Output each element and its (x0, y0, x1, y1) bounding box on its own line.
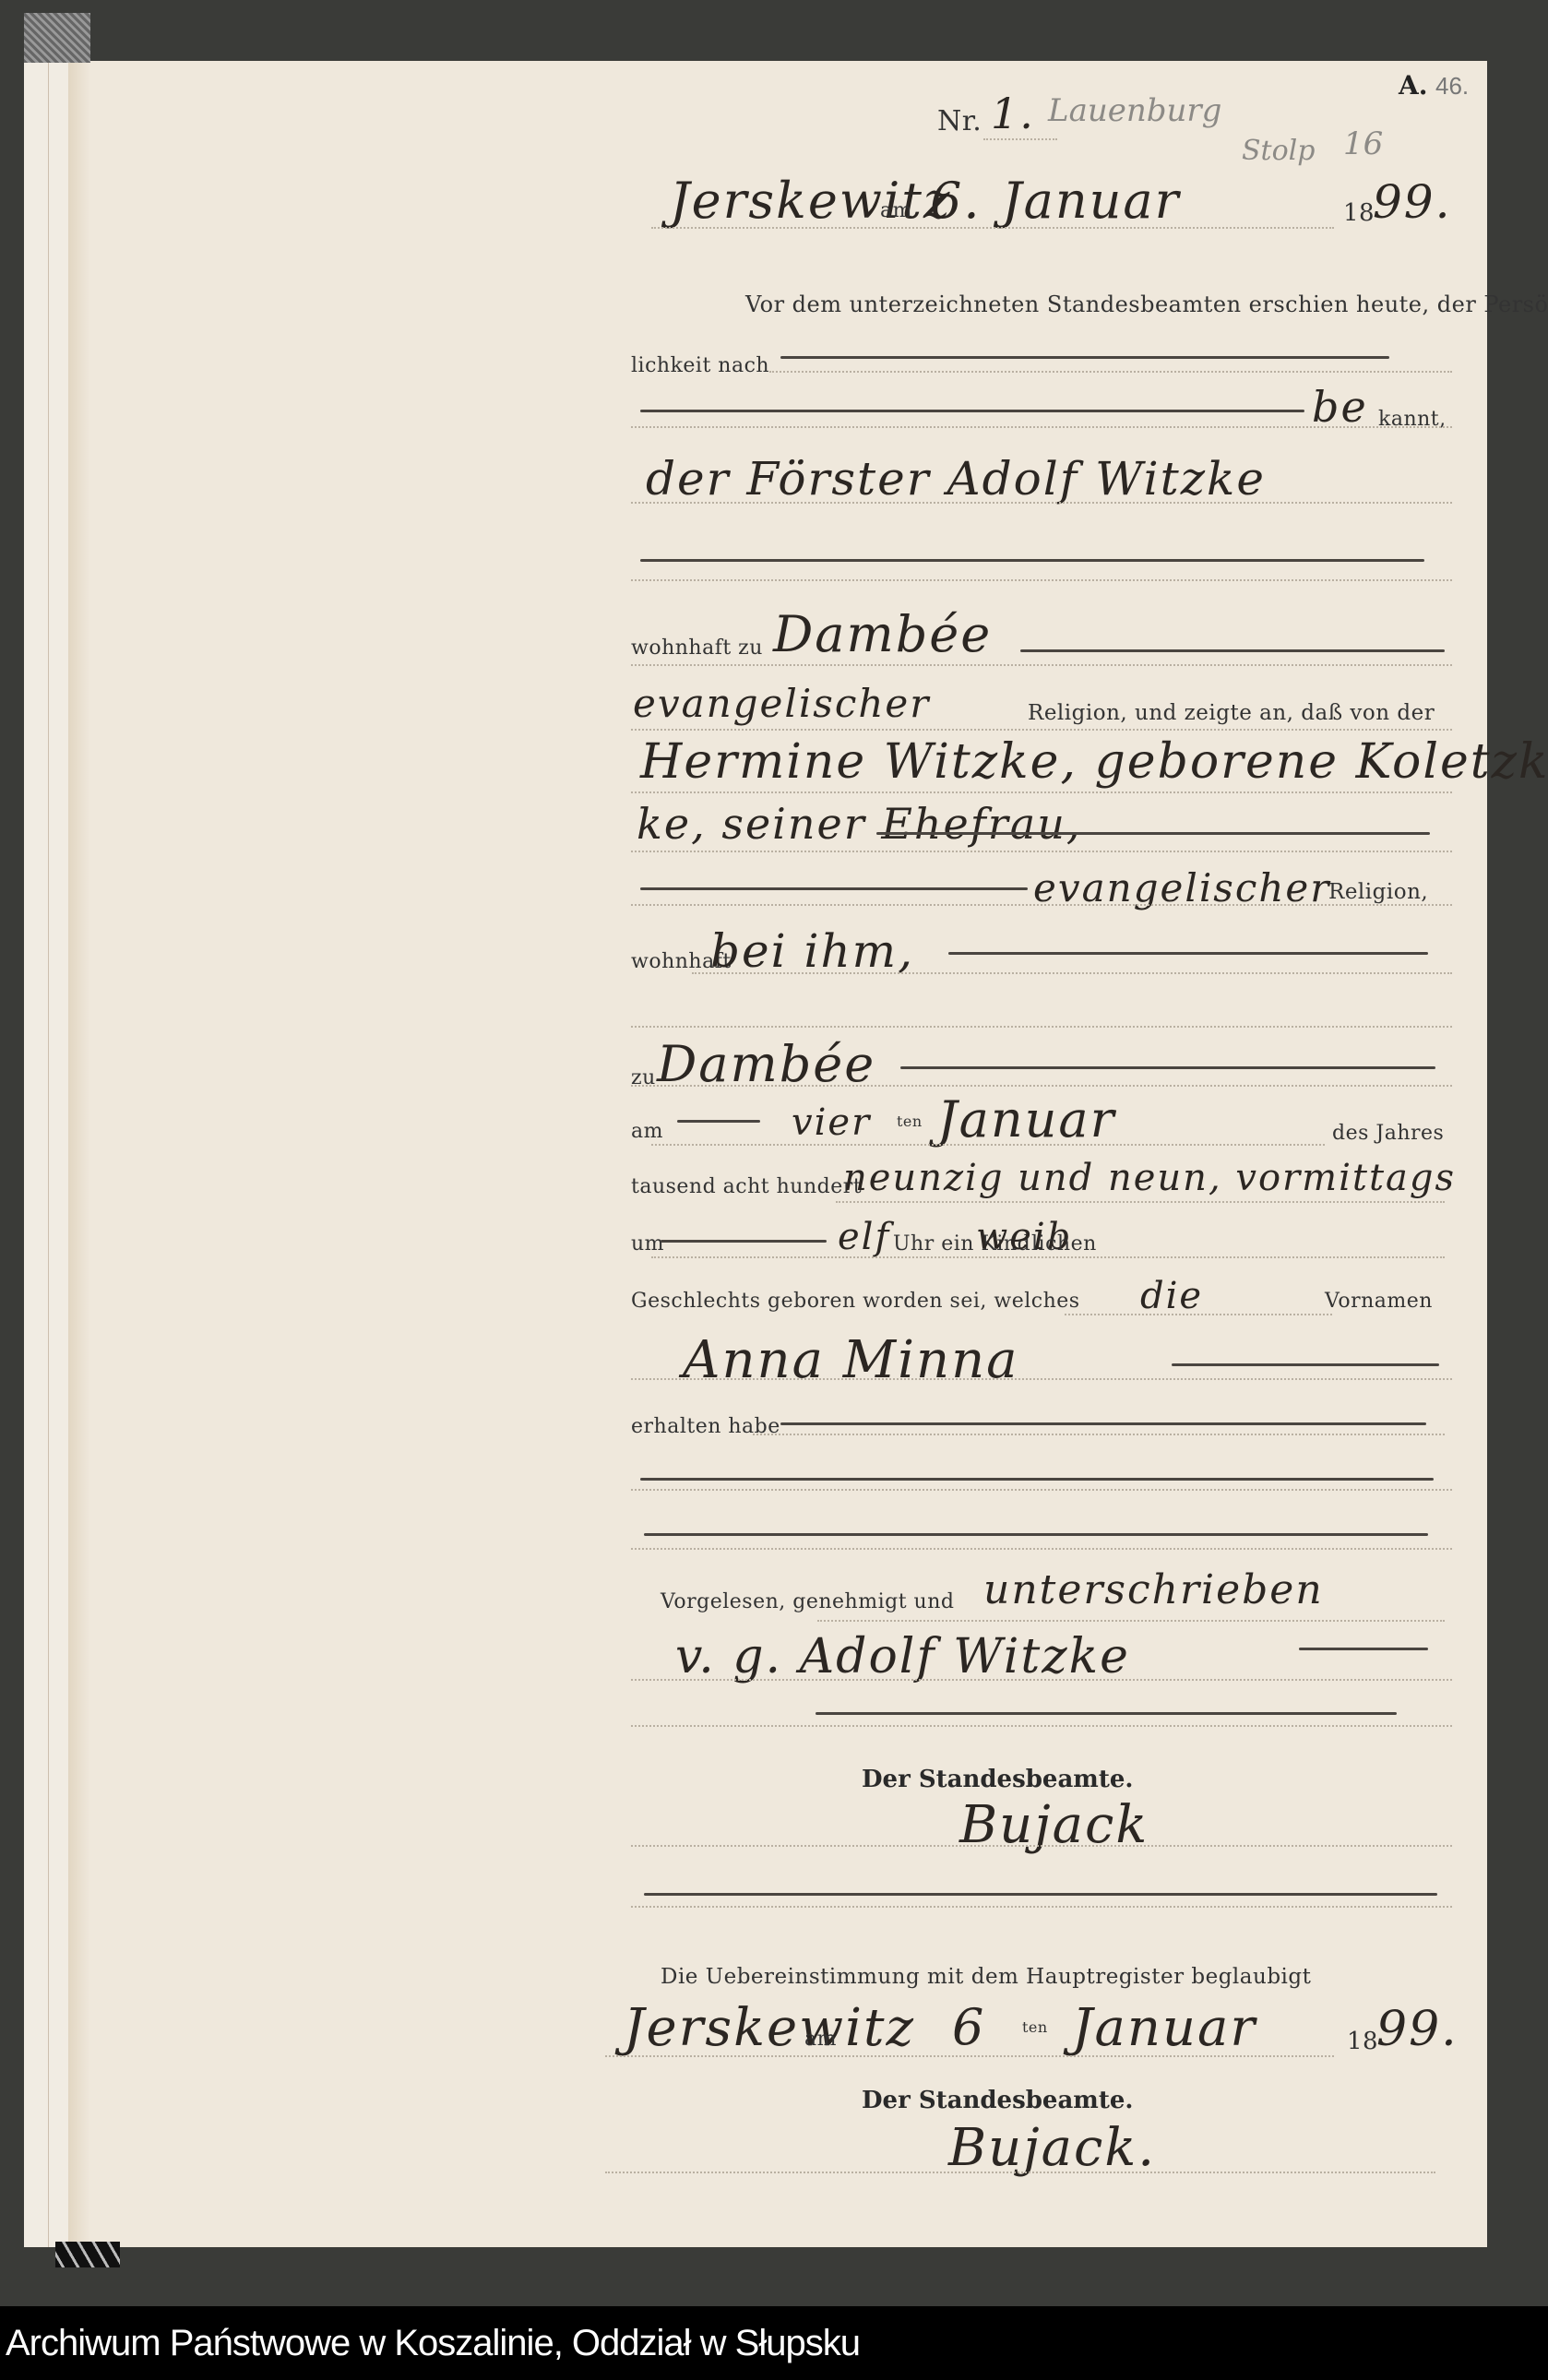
blank-stroke (900, 1066, 1435, 1069)
dotted-rule (631, 579, 1452, 581)
archive-caption-bar: Archiwum Państwowe w Koszalinie, Oddział… (0, 2306, 1548, 2380)
declarant-residence: Dambée (773, 605, 992, 663)
dotted-rule (631, 1378, 1452, 1380)
year-suffix: 99. (1373, 175, 1452, 229)
tausend-label: tausend acht hundert (631, 1175, 862, 1198)
religion-label: Religion, und zeigte an, daß von der (1028, 701, 1435, 725)
ten-label: ten (897, 1113, 923, 1130)
register-page: A. 46. Nr. 1. Lauenburg Stolp 16 Jerskew… (24, 61, 1487, 2247)
certification-year-suffix: 99. (1376, 2002, 1459, 2057)
certification-registrar-signature: Bujack. (948, 2118, 1156, 2178)
dotted-rule (631, 1548, 1452, 1550)
mother-name: Hermine Witzke, geborene Koletzke, (640, 734, 1548, 790)
blank-stroke (644, 1893, 1437, 1896)
dotted-rule (817, 1620, 1445, 1622)
lichen-label: lichen (1031, 1232, 1097, 1255)
certification-place: Jerskewitz (624, 1998, 915, 2058)
dotted-rule (631, 502, 1452, 504)
dotted-rule (836, 1201, 1445, 1203)
registry-month: Januar (1002, 172, 1180, 230)
blank-stroke (677, 1120, 760, 1123)
religion-label-2: Religion, (1328, 880, 1428, 904)
blank-stroke (780, 1422, 1426, 1425)
blank-stroke (640, 887, 1028, 890)
dotted-rule (631, 664, 1452, 666)
blank-stroke (640, 1478, 1434, 1481)
registry-day: 6. (930, 172, 982, 230)
dotted-rule (651, 1144, 1325, 1146)
registrar-heading: Der Standesbeamte. (862, 1766, 1133, 1793)
certification-text: Die Uebereinstimmung mit dem Hauptregist… (661, 1965, 1311, 1989)
birth-year-words: neunzig und neun, vormittags (843, 1157, 1456, 1199)
certification-registrar-heading: Der Standesbeamte. (862, 2087, 1133, 2114)
dotted-rule (631, 426, 1452, 428)
blank-stroke (876, 832, 1430, 835)
mother-name-cont: ke, seiner Ehefrau, (637, 799, 1081, 849)
child-given-names: Anna Minna (683, 1330, 1019, 1390)
des-jahres-label: des Jahres (1332, 1122, 1444, 1145)
certification-ten-label: ten (1022, 2018, 1048, 2036)
blank-stroke (1299, 1648, 1428, 1650)
certification-month: Januar (1072, 1998, 1256, 2058)
dotted-rule (631, 1679, 1452, 1681)
folio-number: 46. (1435, 72, 1469, 101)
dotted-rule (631, 1725, 1452, 1727)
binding-cloth-bottom (55, 2242, 120, 2267)
birth-day: vier (792, 1101, 871, 1144)
bekannt-handwritten: be (1312, 382, 1368, 432)
declarant-religion: evangelischer (633, 681, 930, 726)
dotted-rule (605, 2172, 1435, 2173)
dotted-rule (631, 791, 1452, 793)
blank-stroke (1020, 649, 1445, 652)
archive-caption: Archiwum Państwowe w Koszalinie, Oddział… (6, 2323, 860, 2364)
dotted-rule (631, 851, 1452, 852)
dotted-rule (605, 2055, 1334, 2057)
blank-stroke (640, 410, 1304, 412)
declarant-signature: v. g. Adolf Witzke (675, 1629, 1130, 1684)
blank-stroke (948, 952, 1428, 955)
year-prefix: 18 (1343, 199, 1375, 227)
dotted-rule (631, 1489, 1452, 1491)
dotted-rule (651, 1256, 1445, 1258)
blank-stroke (1172, 1363, 1439, 1366)
mother-residence: bei ihm, (710, 924, 914, 978)
binding-strip (24, 61, 70, 2247)
birth-month: Januar (937, 1090, 1115, 1148)
wohnhaft-zu-label: wohnhaft zu (631, 637, 763, 660)
vorgelesen-label: Vorgelesen, genehmigt und (661, 1590, 954, 1613)
folio-letter: A. (1399, 70, 1427, 101)
nr-label: Nr. (937, 105, 982, 137)
intro-text-2: lichkeit nach (631, 354, 769, 377)
gutter-shadow (68, 61, 90, 2247)
dotted-rule (631, 729, 1452, 731)
dotted-rule (1065, 1314, 1332, 1315)
am-label: am (880, 199, 912, 222)
dotted-rule (631, 904, 1452, 906)
dotted-rule (631, 1845, 1452, 1847)
dotted-rule (692, 972, 1452, 974)
blank-stroke (640, 559, 1424, 562)
geschlechts-label: Geschlechts geboren worden sei, welches (631, 1290, 1080, 1313)
um-label: um (631, 1232, 664, 1255)
blank-stroke (816, 1712, 1397, 1715)
am-label-birth: am (631, 1120, 663, 1143)
vornamen-label: Vornamen (1325, 1290, 1433, 1313)
declarant-name: der Förster Adolf Witzke (646, 452, 1266, 506)
binding-edge (48, 61, 49, 2247)
certification-year-prefix: 18 (1347, 2028, 1378, 2055)
pencil-note-district: Lauenburg (1048, 92, 1221, 129)
dotted-rule (651, 227, 1334, 229)
birth-hour: elf (838, 1216, 890, 1258)
certification-am-label: am (804, 2028, 837, 2051)
pencil-note-stolp: Stolp (1242, 135, 1315, 167)
dotted-rule (631, 1026, 1452, 1028)
blank-stroke (644, 1533, 1428, 1536)
unterschrieben-handwritten: unterschrieben (983, 1566, 1324, 1613)
blank-stroke (780, 356, 1389, 359)
intro-text: Vor dem unterzeichneten Standesbeamten e… (745, 292, 1548, 317)
dotted-rule (983, 138, 1057, 140)
binding-cloth-top (24, 13, 90, 63)
certification-day: 6 (952, 1998, 985, 2056)
dotted-rule (753, 1434, 1445, 1435)
blank-stroke (661, 1240, 827, 1243)
dotted-rule (631, 1085, 1452, 1087)
pencil-note-number: 16 (1343, 125, 1383, 162)
dotted-rule (769, 371, 1452, 373)
dotted-rule (631, 1906, 1452, 1908)
article-die: die (1140, 1275, 1203, 1317)
record-number: 1. (991, 89, 1035, 138)
